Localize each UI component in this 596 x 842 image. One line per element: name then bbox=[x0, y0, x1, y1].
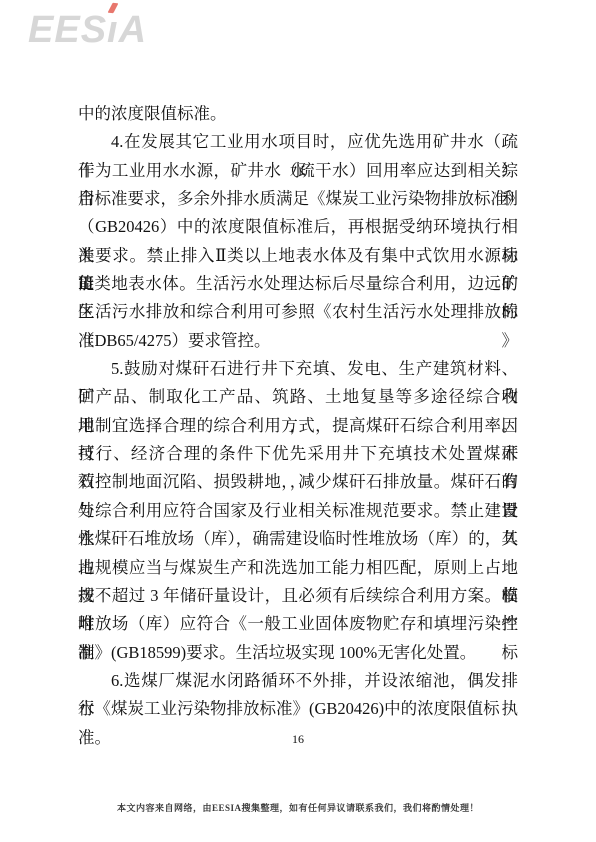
text-line: 用标准要求，多余外排水质满足《煤炭工业污染物排放标准》 bbox=[78, 185, 518, 213]
text-line: 地规模应当与煤炭生产和洗选加工能力相匹配，原则上占地规模 bbox=[78, 554, 518, 582]
text-line: 中的浓度限值标准。 bbox=[78, 100, 518, 128]
text-line: 行《煤炭工业污染物排放标准》(GB20426)中的浓度限值标准。 bbox=[78, 695, 518, 723]
text-line: 性煤矸石堆放场（库），确需建设临时性堆放场（库）的，其占 bbox=[78, 525, 518, 553]
text-line: 堆放场（库）应符合《一般工业固体废物贮存和填埋污染控制标 bbox=[78, 610, 518, 638]
eesia-logo: EESıA bbox=[28, 6, 147, 54]
text-line: 6.选煤厂煤泥水闭路循环不外排，并设浓缩池，偶发排水执 bbox=[78, 667, 518, 695]
text-line: （GB20426）中的浓度限值标准后，再根据受纳环境执行相关标 bbox=[78, 213, 518, 241]
text-line: 5.鼓励对煤矸石进行井下充填、发电、生产建筑材料、回收 bbox=[78, 355, 518, 383]
logo-text-right: A bbox=[119, 9, 147, 51]
text-line: 地制宜选择合理的综合利用方式，提高煤矸石综合利用率。技术 bbox=[78, 412, 518, 440]
text-line: 作为工业用水水源，矿井水（疏干水）回用率应达到相关综合利 bbox=[78, 157, 518, 185]
text-line: 矿产品、制取化工产品、筑路、土地复垦等多途径综合利用，因 bbox=[78, 383, 518, 411]
footer-disclaimer: 本文内容来自网络，由EESIA搜集整理，如有任何异议请联系我们，我们将酌情处理！ bbox=[0, 801, 596, 814]
page-number: 16 bbox=[0, 732, 596, 747]
text-line: 可行、经济合理的条件下优先采用井下充填技术处置煤矸石，有 bbox=[78, 440, 518, 468]
text-line: Ⅲ类地表水体。生活污水处理达标后尽量综合利用，边远矿区的 bbox=[78, 270, 518, 298]
text-line: 生活污水排放和综合利用可参照《农村生活污水处理排放标准》 bbox=[78, 298, 518, 326]
text-line: 按不超过 3 年储矸量设计，且必须有后续综合利用方案。临时性 bbox=[78, 582, 518, 610]
document-page: EESıA 中的浓度限值标准。4.在发展其它工业用水项目时，应优先选用矿井水（疏… bbox=[0, 0, 596, 842]
text-line: 效控制地面沉陷、损毁耕地，减少煤矸石排放量。煤矸石的处置 bbox=[78, 468, 518, 496]
text-line: 与综合利用应符合国家及行业相关标准规范要求。禁止建设永久 bbox=[78, 497, 518, 525]
text-line: 准》(GB18599)要求。生活垃圾实现 100%无害化处置。 bbox=[78, 639, 518, 667]
logo-text-left: EES bbox=[28, 9, 107, 51]
text-line: 4.在发展其它工业用水项目时，应优先选用矿井水（疏干水） bbox=[78, 128, 518, 156]
text-line: 准要求。禁止排入Ⅱ类以上地表水体及有集中式饮用水源功能的 bbox=[78, 242, 518, 270]
document-body: 中的浓度限值标准。4.在发展其它工业用水项目时，应优先选用矿井水（疏干水）作为工… bbox=[78, 100, 518, 724]
logo-text-i: ı bbox=[107, 9, 119, 51]
